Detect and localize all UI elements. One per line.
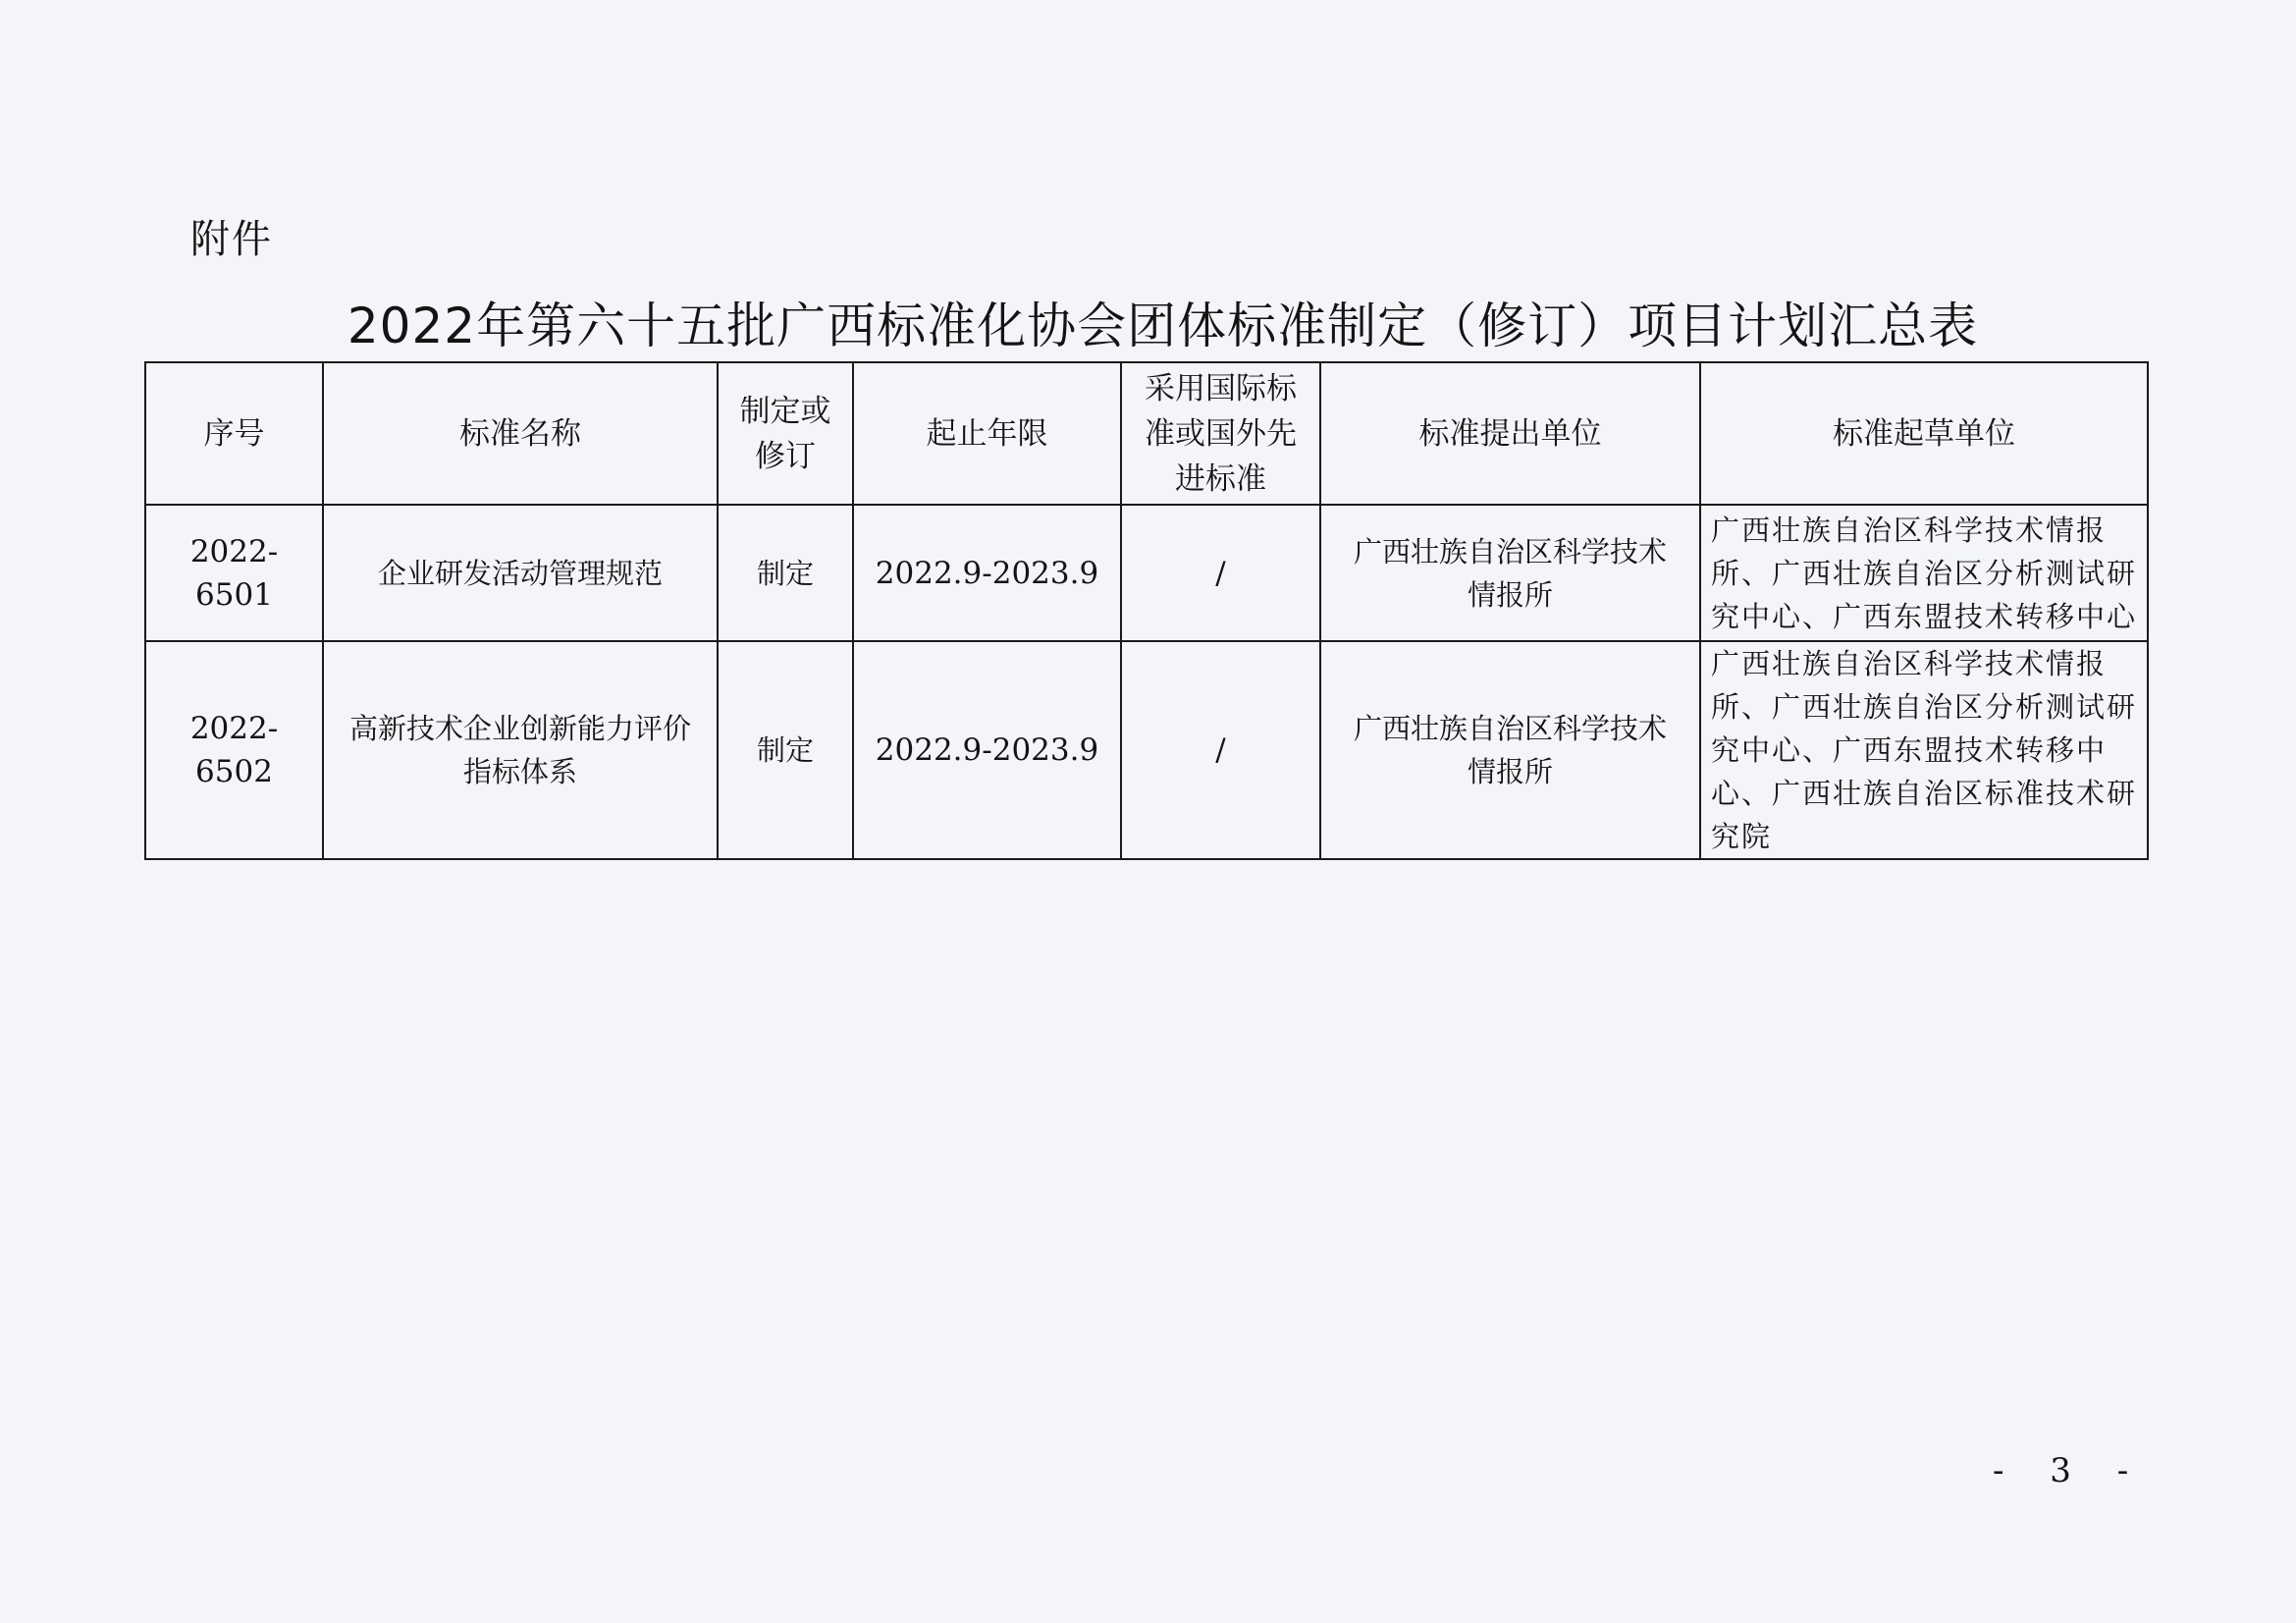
cell-type: 制定 (718, 505, 853, 641)
cell-standard-name: 企业研发活动管理规范 (323, 505, 718, 641)
cell-adopt-international: / (1121, 505, 1320, 641)
header-type: 制定或修订 (718, 362, 853, 505)
cell-serial-no: 2022-6501 (145, 505, 323, 641)
header-adopt-international: 采用国际标准或国外先进标准 (1121, 362, 1320, 505)
cell-period: 2022.9-2023.9 (853, 505, 1121, 641)
cell-proposing-unit: 广西壮族自治区科学技术情报所 (1320, 505, 1700, 641)
document-title: 2022年第六十五批广西标准化协会团体标准制定（修订）项目计划汇总表 (0, 287, 2296, 357)
cell-standard-name: 高新技术企业创新能力评价指标体系 (323, 641, 718, 859)
table-row: 2022-6502 高新技术企业创新能力评价指标体系 制定 2022.9-202… (145, 641, 2148, 859)
cell-type: 制定 (718, 641, 853, 859)
cell-adopt-international: / (1121, 641, 1320, 859)
cell-drafting-unit: 广西壮族自治区科学技术情报所、广西壮族自治区分析测试研究中心、广西东盟技术转移中… (1700, 641, 2148, 859)
header-standard-name: 标准名称 (323, 362, 718, 505)
header-period: 起止年限 (853, 362, 1121, 505)
page-number: - 3 - (1993, 1451, 2146, 1490)
cell-period: 2022.9-2023.9 (853, 641, 1121, 859)
header-proposing-unit: 标准提出单位 (1320, 362, 1700, 505)
attachment-label: 附件 (190, 208, 273, 264)
project-plan-table: 序号 标准名称 制定或修订 起止年限 采用国际标准或国外先进标准 标准提出单位 … (144, 361, 2149, 860)
table-header-row: 序号 标准名称 制定或修订 起止年限 采用国际标准或国外先进标准 标准提出单位 … (145, 362, 2148, 505)
table-row: 2022-6501 企业研发活动管理规范 制定 2022.9-2023.9 / … (145, 505, 2148, 641)
cell-drafting-unit: 广西壮族自治区科学技术情报所、广西壮族自治区分析测试研究中心、广西东盟技术转移中… (1700, 505, 2148, 641)
cell-serial-no: 2022-6502 (145, 641, 323, 859)
header-drafting-unit: 标准起草单位 (1700, 362, 2148, 505)
header-serial-no: 序号 (145, 362, 323, 505)
cell-proposing-unit: 广西壮族自治区科学技术情报所 (1320, 641, 1700, 859)
